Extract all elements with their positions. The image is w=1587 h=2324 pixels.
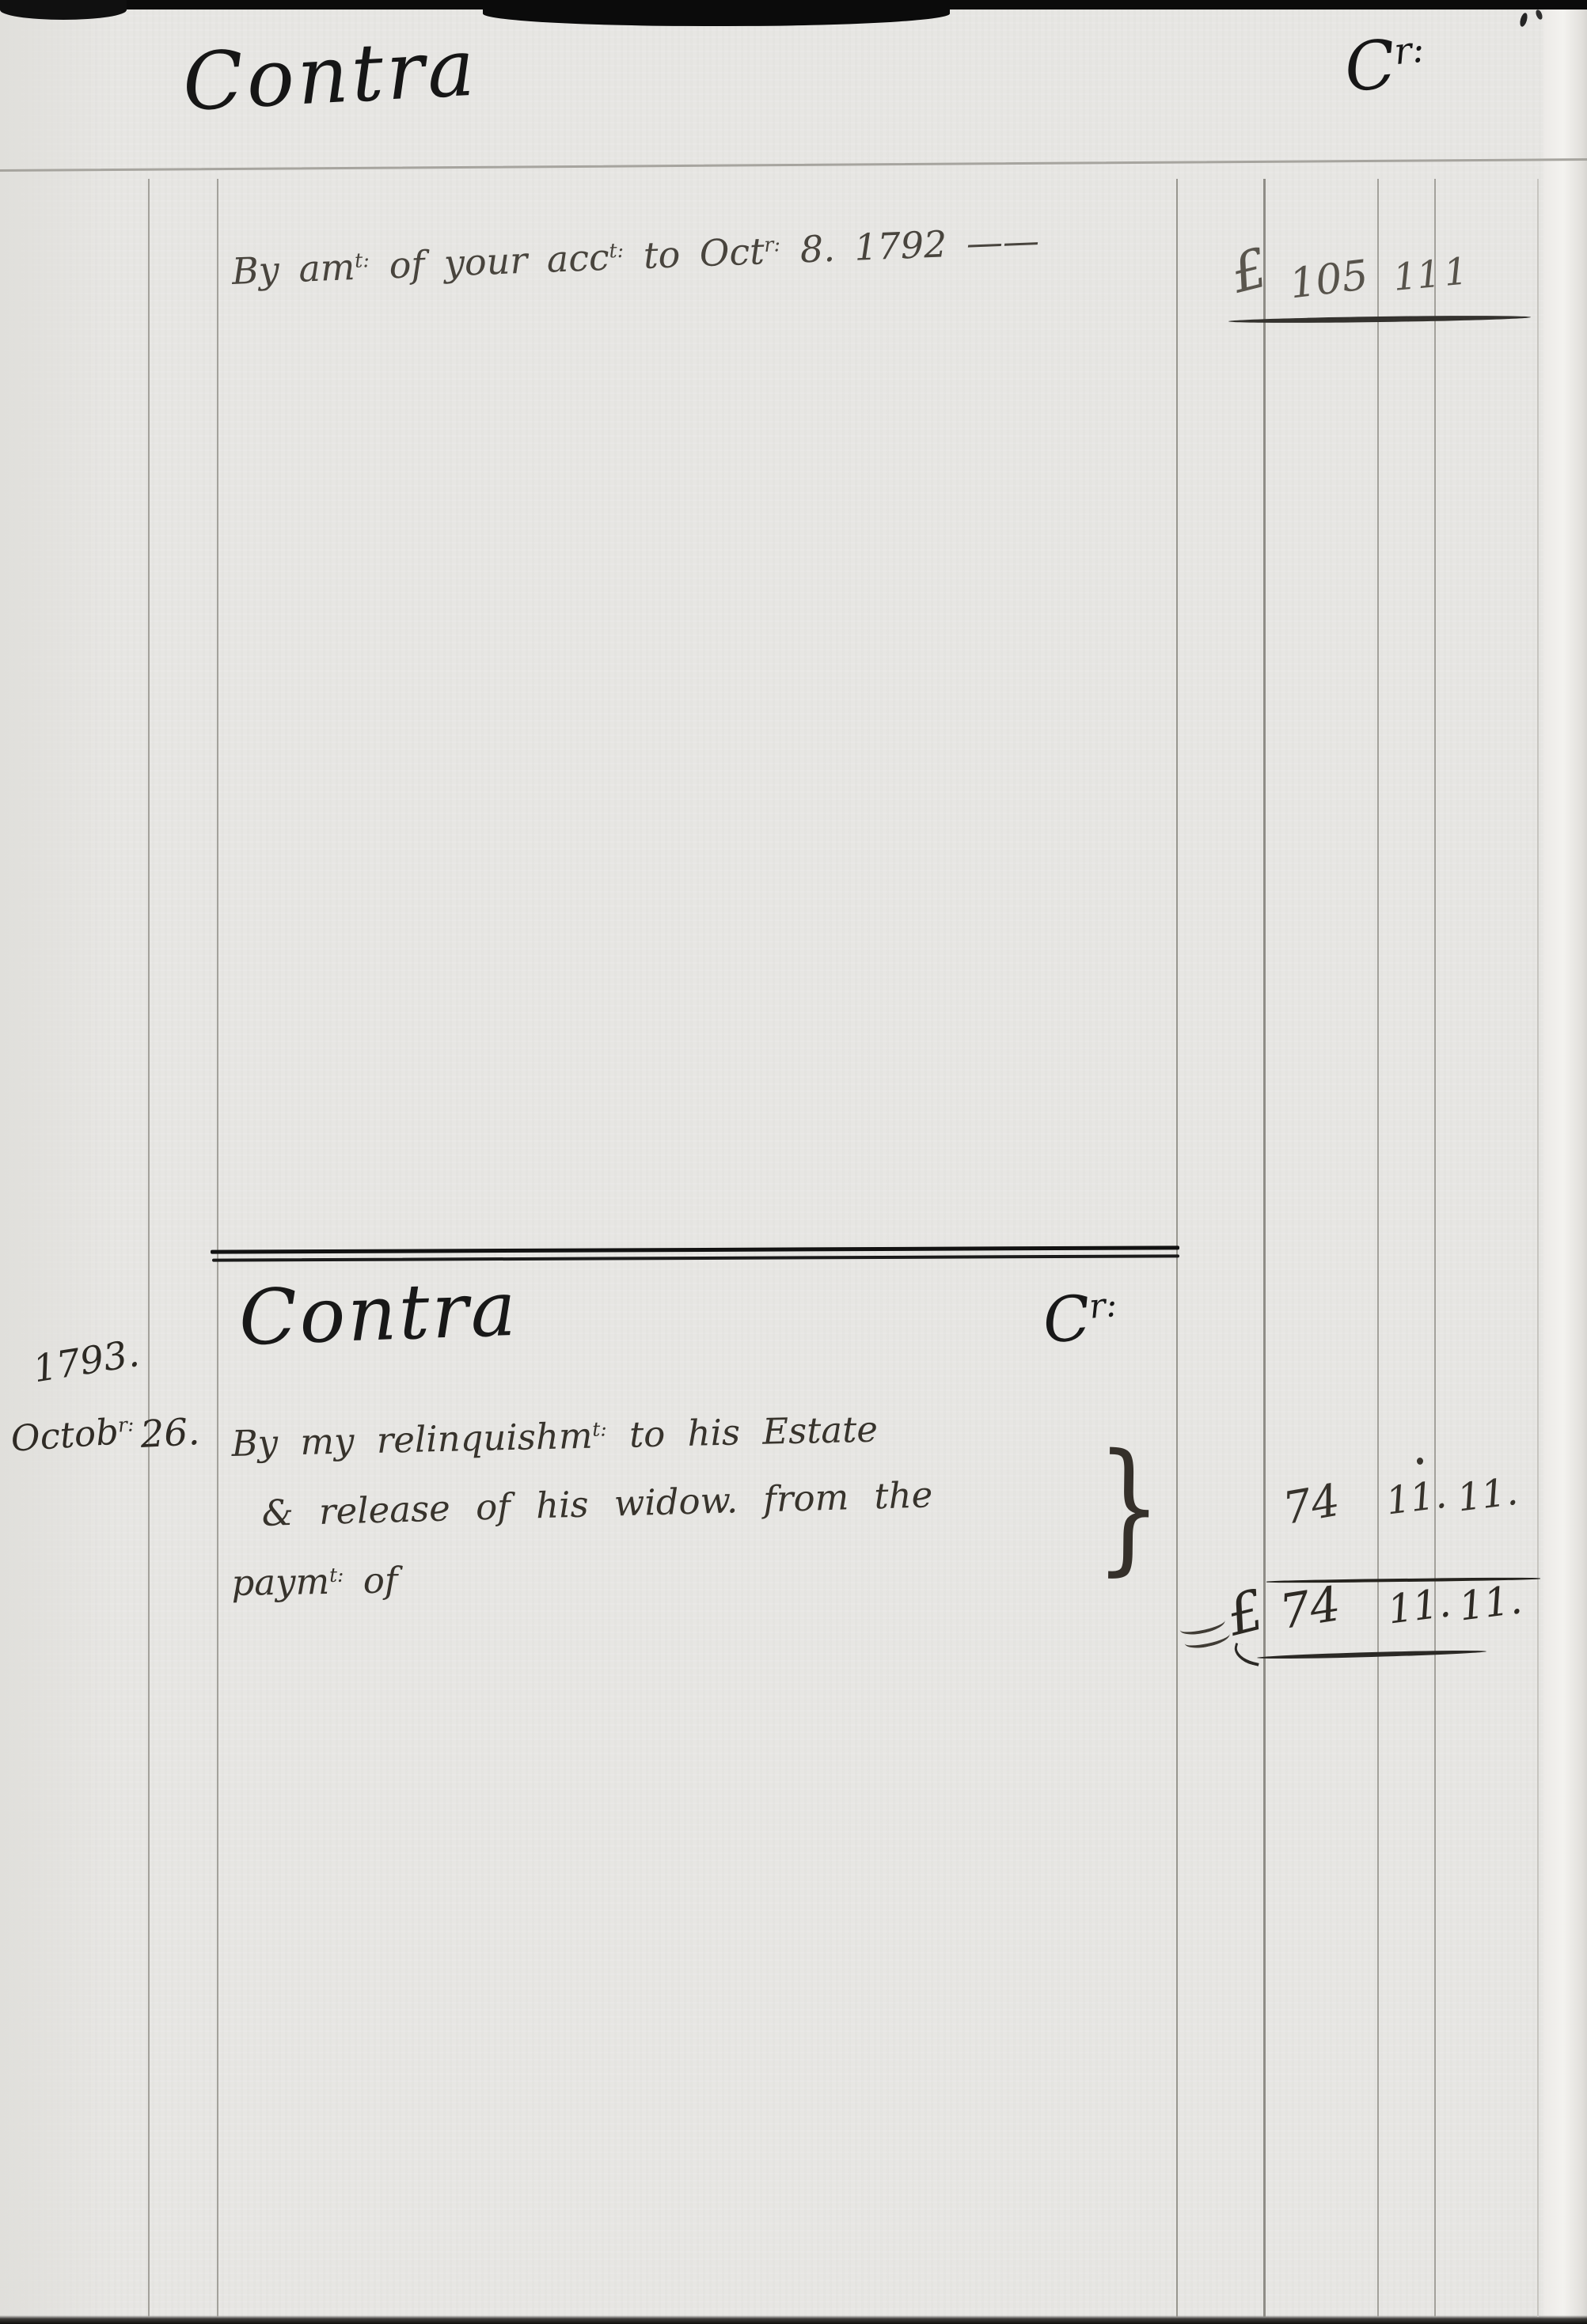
pence-column-rule (1434, 179, 1436, 2317)
shillings-column-rule (1377, 179, 1379, 2317)
amount-pence: 1 (1442, 249, 1470, 294)
amount-shillings: 11 (1391, 252, 1442, 300)
amount-pence: 11. (1455, 1469, 1521, 1521)
section-title-contra: Contra (237, 1264, 519, 1363)
total-shillings: 11. (1385, 1579, 1453, 1632)
page-top-edge-shadow (483, 0, 950, 26)
curly-brace: } (1095, 1443, 1162, 1571)
page-bottom-edge (0, 2315, 1587, 2324)
ink-dot (1417, 1458, 1423, 1465)
page-right-edge (1543, 0, 1587, 2324)
amount-pounds: 105 (1287, 252, 1371, 309)
paper-texture (0, 0, 1587, 2324)
day-column-rule (217, 179, 218, 2317)
credit-abbreviation: Cr: (1341, 21, 1429, 107)
amount-pounds: 74 (1279, 1475, 1343, 1535)
page-title-contra: Contra (180, 21, 480, 128)
total-pence: 11. (1456, 1576, 1524, 1629)
amount-shillings: 11. (1384, 1473, 1449, 1524)
ledger-page: Contra Cr: By amt: of your acct: to Octr… (0, 0, 1587, 2324)
entry-day: 26. (139, 1410, 201, 1457)
page-top-edge-shadow (0, 0, 127, 20)
entry-month: Octobr: (9, 1409, 136, 1460)
credit-abbreviation: Cr: (1040, 1280, 1121, 1358)
total-pounds: 74 (1276, 1576, 1344, 1640)
date-column-rule (148, 179, 150, 2317)
entry-line-payment-of: paymt: of (231, 1559, 398, 1604)
margin-edge-rule (1537, 179, 1539, 2317)
pounds-column-rule (1263, 179, 1266, 2317)
left-margin-shading (0, 0, 139, 2324)
